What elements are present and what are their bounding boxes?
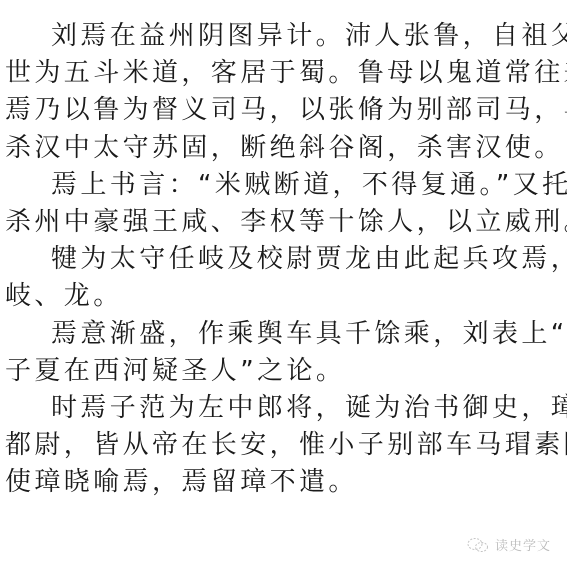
paragraph-line: 使璋晓喻焉，焉留璋不遣。 bbox=[5, 464, 565, 501]
paragraph-line: 世为五斗米道，客居于蜀。鲁母以鬼道常往来焉家， bbox=[5, 55, 565, 92]
paragraph-line: 岐、龙。 bbox=[5, 278, 565, 315]
paragraph-line: 焉乃以鲁为督义司马，以张脩为别部司马，与合兵掩 bbox=[5, 92, 565, 129]
watermark: 读史学文 bbox=[467, 535, 551, 554]
paragraph-line: 焉上书言：“米贼断道，不得复通。”又托他事 bbox=[5, 167, 565, 204]
wechat-icon bbox=[467, 537, 489, 553]
paragraph-line: 犍为太守任岐及校尉贾龙由此起兵攻焉，焉击杀 bbox=[5, 241, 565, 278]
paragraph-line: 焉意渐盛，作乘舆车具千馀乘，刘表上“焉有似 bbox=[5, 316, 565, 353]
paragraph-line: 刘焉在益州阴图异计。沛人张鲁，自祖父陵以来 bbox=[5, 18, 565, 55]
paragraph-line: 都尉，皆从帝在长安，惟小子别部车马瑁素随焉；帝 bbox=[5, 427, 565, 464]
watermark-text: 读史学文 bbox=[495, 535, 551, 554]
paragraph-line: 子夏在西河疑圣人”之论。 bbox=[5, 353, 565, 390]
paragraph-line: 杀汉中太守苏固，断绝斜谷阁，杀害汉使。 bbox=[5, 130, 565, 167]
paragraph-line: 时焉子范为左中郎将，诞为治书御史，璋为奉车 bbox=[5, 390, 565, 427]
paragraph-line: 杀州中豪强王咸、李权等十馀人，以立威刑。 bbox=[5, 204, 565, 241]
article-body: 刘焉在益州阴图异计。沛人张鲁，自祖父陵以来 世为五斗米道，客居于蜀。鲁母以鬼道常… bbox=[5, 18, 565, 501]
